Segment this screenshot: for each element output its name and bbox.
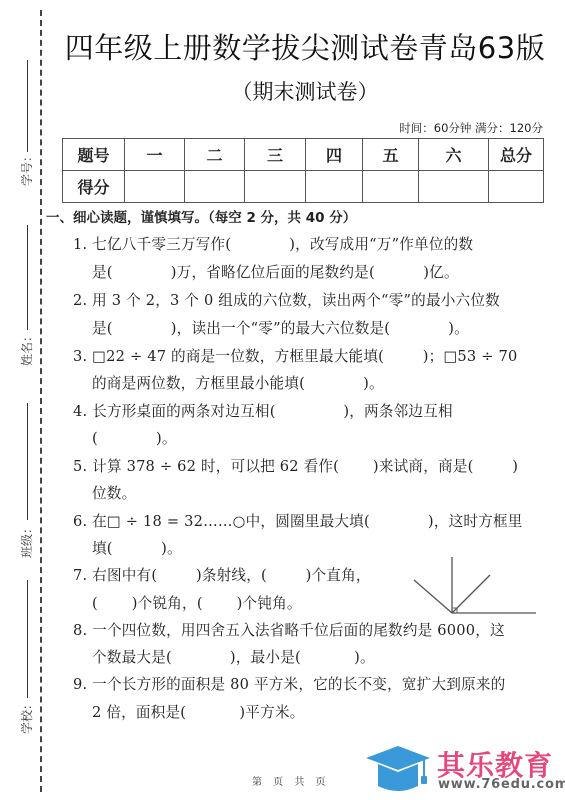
score-cell[interactable] [363, 171, 419, 203]
question-6-line-1: 6. 在□ ÷ 18 = 32……○中，圆圈里最大填( )，这时方框里 [73, 510, 523, 531]
student-id-blank-line [27, 60, 28, 152]
score-cell[interactable] [245, 171, 306, 203]
question-1-line-2: 是( )万，省略亿位后面的尾数约是( )亿。 [92, 261, 459, 282]
score-table-header-row: 题号 一 二 三 四 五 六 总分 [63, 139, 544, 171]
header-cell: 四 [306, 139, 363, 171]
score-cell[interactable] [419, 171, 489, 203]
header-cell: 三 [245, 139, 306, 171]
header-cell: 五 [363, 139, 419, 171]
graduation-cap-icon [364, 742, 434, 794]
question-2-line-2: 是( )，读出一个“零”的最大六位数是( )。 [92, 317, 469, 338]
score-cell[interactable] [306, 171, 363, 203]
question-2-line-1: 2. 用 3 个 2，3 个 0 组成的六位数，读出两个“零”的最小六位数 [73, 289, 500, 310]
page-subtitle: （期末测试卷） [60, 76, 550, 106]
question-5-line-1: 5. 计算 378 ÷ 62 时，可以把 62 看作( )来试商，商是( ) [73, 455, 518, 476]
exam-timing: 时间：60分钟 满分：120分 [399, 120, 543, 136]
question-8-line-1: 8. 一个四位数，用四舍五入法省略千位后面的尾数约是 6000，这 [73, 619, 505, 640]
class-label: 班级： [8, 522, 44, 558]
name-blank-line [27, 225, 28, 330]
score-cell[interactable] [489, 171, 544, 203]
score-row-label: 得分 [63, 171, 125, 203]
page-number-footer: 第 页 共 页 [252, 773, 330, 788]
header-cell: 总分 [489, 139, 544, 171]
ray-upper-left [414, 580, 452, 613]
rays-angle-figure [410, 555, 540, 617]
question-9-line-1: 9. 一个长方形的面积是 80 平方米，它的长不变，宽扩大到原来的 [73, 673, 505, 694]
score-cell[interactable] [185, 171, 245, 203]
question-1-line-1: 1. 七亿八千零三万写作( )，改写成用“万”作单位的数 [73, 233, 473, 254]
class-blank-line [27, 403, 28, 520]
score-table: 题号 一 二 三 四 五 六 总分 得分 [62, 138, 544, 203]
question-4-line-1: 4. 长方形桌面的两条对边互相( )，两条邻边互相 [73, 400, 453, 421]
header-cell: 六 [419, 139, 489, 171]
score-cell[interactable] [125, 171, 185, 203]
section-heading: 一、细心读题，谨慎填写。（每空 2 分，共 40 分） [46, 206, 356, 226]
ray-upper-right [452, 575, 490, 613]
question-7-line-2: ( )个锐角，( )个钝角。 [92, 592, 302, 613]
name-label: 姓名： [8, 330, 44, 366]
question-4-line-2: ( )。 [92, 427, 177, 448]
page-title: 四年级上册数学拔尖测试卷青岛63版 [60, 26, 550, 67]
question-9-line-2: 2 倍，面积是( )平方米。 [92, 701, 304, 722]
question-3-line-2: 的商是两位数，方框里最小能填( )。 [92, 372, 384, 393]
student-id-label: 学号： [8, 150, 44, 186]
question-5-line-2: 位数。 [92, 482, 136, 503]
question-6-line-2: 填( )。 [92, 537, 182, 558]
question-7-line-1: 7. 右图中有( )条射线，( )个直角， [73, 564, 371, 585]
school-blank-line [27, 580, 28, 698]
question-8-line-2: 个数最大是( )，最小是( )。 [92, 646, 375, 667]
header-cell: 二 [185, 139, 245, 171]
score-table-score-row: 得分 [63, 171, 544, 203]
watermark-url[interactable]: www.76edu.com [438, 777, 565, 792]
header-cell: 题号 [63, 139, 125, 171]
school-label: 学校： [8, 698, 44, 734]
binding-dashed-line [40, 10, 42, 792]
question-3-line-1: 3. □22 ÷ 47 的商是一位数，方框里最大能填( )；□53 ÷ 70 [73, 345, 517, 366]
header-cell: 一 [125, 139, 185, 171]
